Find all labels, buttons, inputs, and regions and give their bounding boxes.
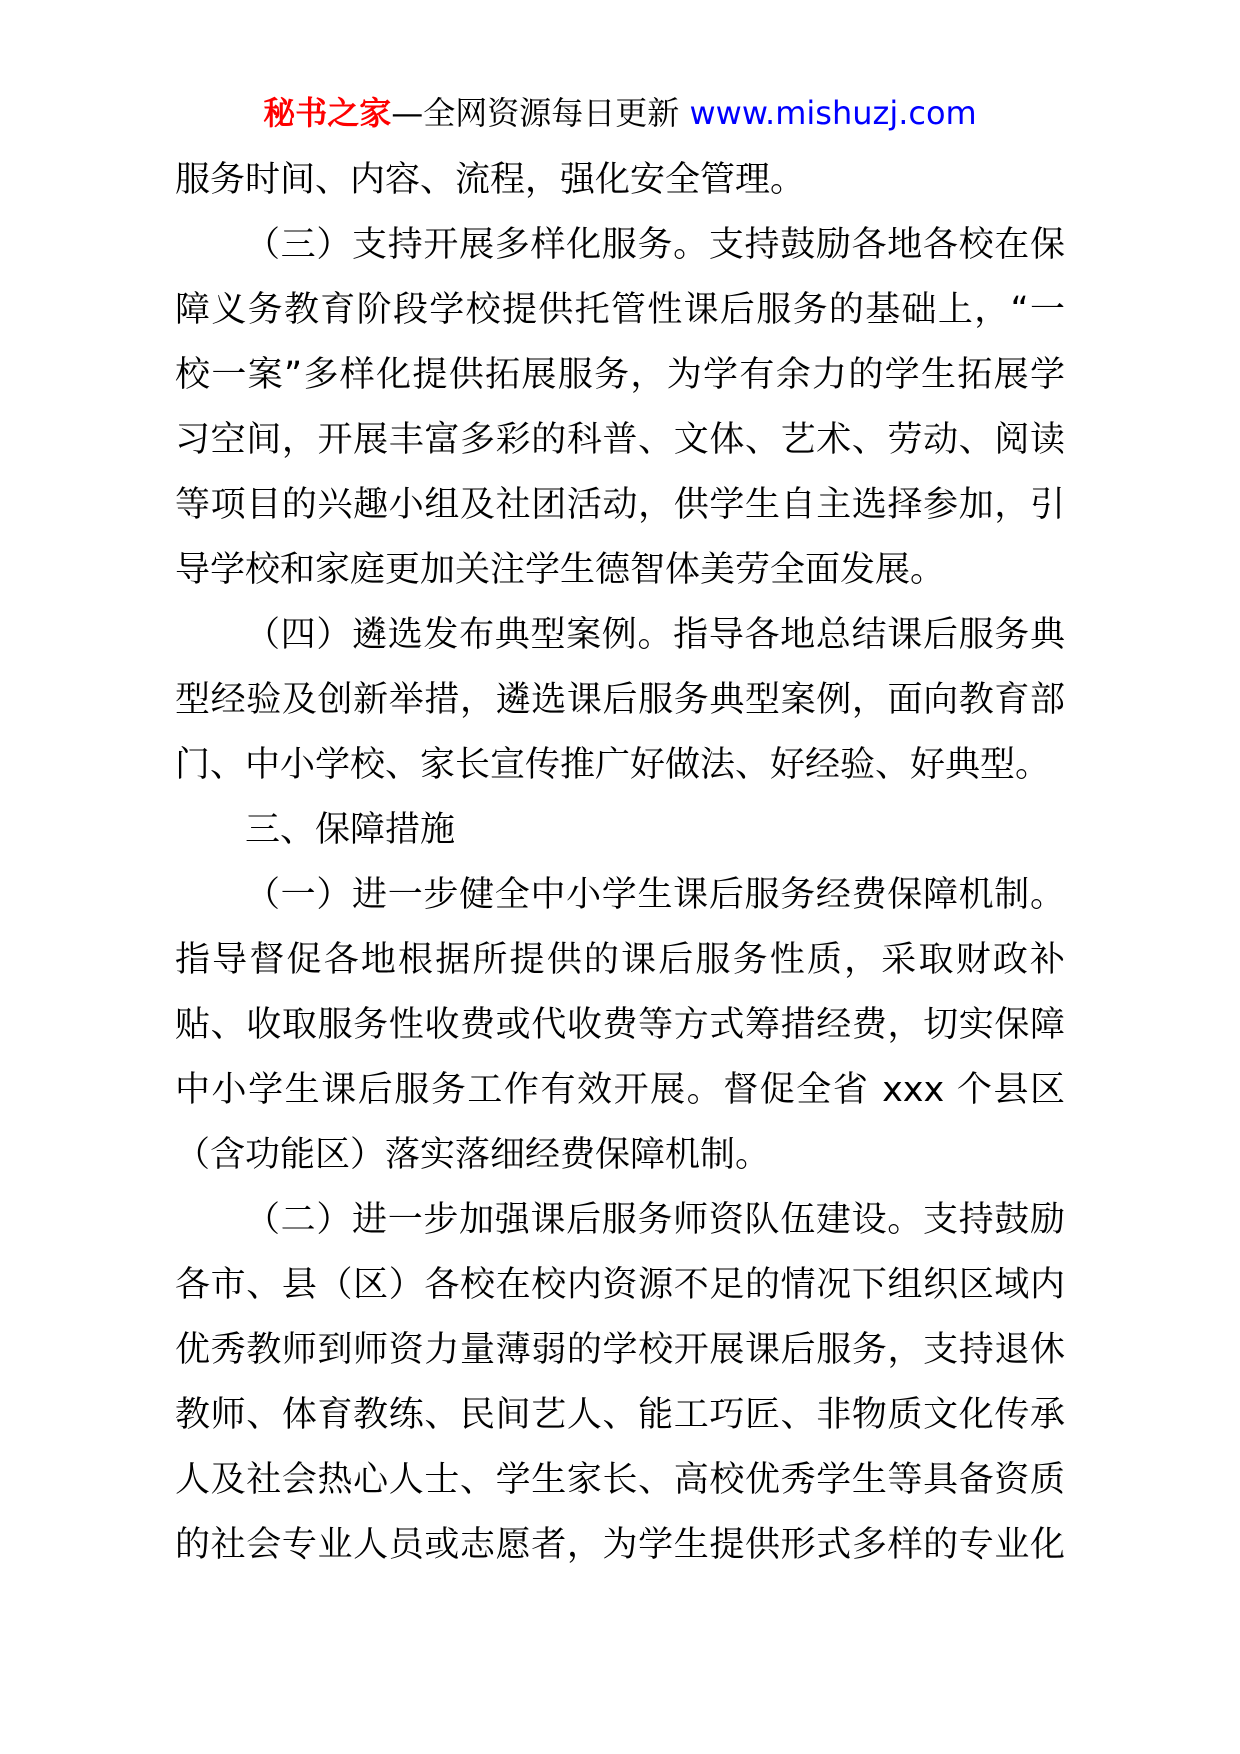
text-line: 优秀教师到师资力量薄弱的学校开展课后服务，支持退休: [175, 1318, 1065, 1383]
text-line: 导学校和家庭更加关注学生德智体美劳全面发展。: [175, 538, 1065, 603]
text-line: （一）进一步健全中小学生课后服务经费保障机制。: [175, 863, 1065, 928]
paragraph: 服务时间、内容、流程，强化安全管理。: [175, 148, 1065, 213]
text-line: 教师、体育教练、民间艺人、能工巧匠、非物质文化传承: [175, 1383, 1065, 1448]
text-line: 指导督促各地根据所提供的课后服务性质，采取财政补: [175, 928, 1065, 993]
paragraph: 三、保障措施: [175, 798, 1065, 863]
paragraph: （一）进一步健全中小学生课后服务经费保障机制。指导督促各地根据所提供的课后服务性…: [175, 863, 1065, 1188]
site-url: www.mishuzj.com: [689, 94, 976, 132]
text-line: 门、中小学校、家长宣传推广好做法、好经验、好典型。: [175, 733, 1065, 798]
text-line: 习空间，开展丰富多彩的科普、文体、艺术、劳动、阅读: [175, 408, 1065, 473]
document-page: 秘书之家—全网资源每日更新 www.mishuzj.com 服务时间、内容、流程…: [0, 0, 1240, 1754]
document-body: 服务时间、内容、流程，强化安全管理。（三）支持开展多样化服务。支持鼓励各地各校在…: [175, 148, 1065, 1578]
paragraph: （四）遴选发布典型案例。指导各地总结课后服务典型经验及创新举措，遴选课后服务典型…: [175, 603, 1065, 798]
paragraph: （二）进一步加强课后服务师资队伍建设。支持鼓励各市、县（区）各校在校内资源不足的…: [175, 1188, 1065, 1578]
text-line: （二）进一步加强课后服务师资队伍建设。支持鼓励: [175, 1188, 1065, 1253]
text-line: （四）遴选发布典型案例。指导各地总结课后服务典: [175, 603, 1065, 668]
text-line: 各市、县（区）各校在校内资源不足的情况下组织区域内: [175, 1253, 1065, 1318]
text-line: （含功能区）落实落细经费保障机制。: [175, 1123, 1065, 1188]
text-line: 贴、收取服务性收费或代收费等方式筹措经费，切实保障: [175, 993, 1065, 1058]
text-line: 服务时间、内容、流程，强化安全管理。: [175, 148, 1065, 213]
text-line: （三）支持开展多样化服务。支持鼓励各地各校在保: [175, 213, 1065, 278]
site-tagline: —全网资源每日更新: [391, 94, 689, 132]
text-line: 校一案”多样化提供拓展服务，为学有余力的学生拓展学: [175, 343, 1065, 408]
site-name: 秘书之家: [263, 94, 391, 132]
paragraph: （三）支持开展多样化服务。支持鼓励各地各校在保障义务教育阶段学校提供托管性课后服…: [175, 213, 1065, 603]
text-line: 等项目的兴趣小组及社团活动，供学生自主选择参加，引: [175, 473, 1065, 538]
text-line: 的社会专业人员或志愿者，为学生提供形式多样的专业化: [175, 1513, 1065, 1578]
text-line: 障义务教育阶段学校提供托管性课后服务的基础上，“一: [175, 278, 1065, 343]
text-line: 型经验及创新举措，遴选课后服务典型案例，面向教育部: [175, 668, 1065, 733]
text-line: 中小学生课后服务工作有效开展。督促全省 xxx 个县区: [175, 1058, 1065, 1123]
text-line: 人及社会热心人士、学生家长、高校优秀学生等具备资质: [175, 1448, 1065, 1513]
site-header: 秘书之家—全网资源每日更新 www.mishuzj.com: [0, 0, 1240, 136]
text-line: 三、保障措施: [175, 798, 1065, 863]
